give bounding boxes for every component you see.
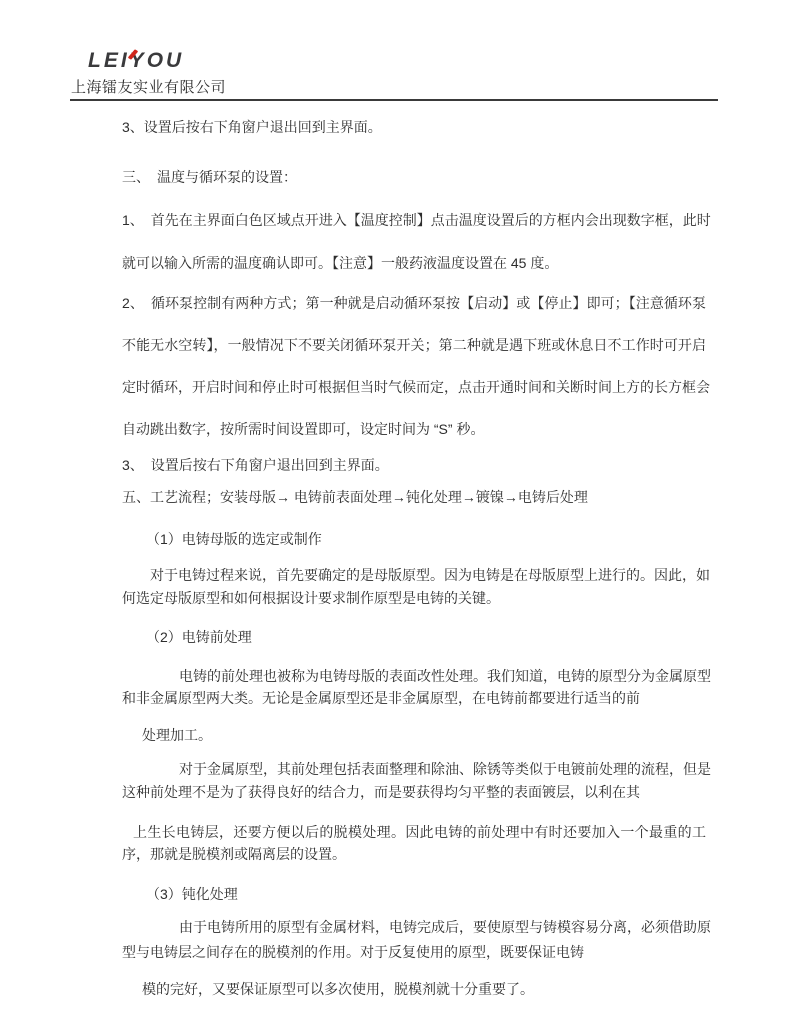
doc-line-20: 上生长电铸层，还要方便以后的脱模处理。因此电铸的前处理中有时还要加入一个最重的工 <box>133 824 706 841</box>
doc-line-3: 1、 首先在主界面白色区域点开进入【温度控制】点击温度设置后的方框内会出现数字框… <box>122 212 706 229</box>
doc-line-4: 就可以输入所需的温度确认即可。【注意】一般药液温度设置在 45 度。 <box>122 255 558 272</box>
logo-text-lei: LEI <box>88 49 130 72</box>
doc-line-6: 不能无水空转】，一般情况下不要关闭循环泵开关；第二种就是遇下班或休息日不工作时可… <box>122 337 706 354</box>
company-logo: LEIYOU <box>88 50 184 71</box>
doc-line-10: 五、工艺流程；安装母版→ 电铸前表面处理→钝化处理→镀镍→电铸后处理 <box>122 489 588 506</box>
doc-line-5: 2、 循环泵控制有两种方式；第一种就是启动循环泵按【启动】或【停止】即可；【注意… <box>122 295 706 312</box>
doc-line-13: 何选定母版原型和如何根据设计要求制作原型是电铸的关键。 <box>122 590 500 607</box>
header-divider <box>70 99 718 101</box>
doc-line-7: 定时循环，开启时间和停止时可根据但当时气候而定，点击开通时间和关断时间上方的长方… <box>122 379 706 396</box>
doc-line-24: 型与电铸层之间存在的脱模剂的作用。对于反复使用的原型，既要保证电铸 <box>122 944 584 961</box>
doc-line-25: 模的完好，又要保证原型可以多次使用，脱模剂就十分重要了。 <box>142 981 534 998</box>
doc-line-11: （1）电铸母版的选定或制作 <box>146 531 322 548</box>
logo-letter-y: Y <box>130 50 147 71</box>
doc-line-21: 序，那就是脱模剂或隔离层的设置。 <box>122 846 346 863</box>
doc-line-17: 处理加工。 <box>142 727 212 744</box>
doc-line-12: 对于电铸过程来说，首先要确定的是母版原型。因为电铸是在母版原型上进行的。因此，如 <box>150 567 706 584</box>
doc-line-18: 对于金属原型，其前处理包括表面整理和除油、除锈等类似于电镀前处理的流程，但是 <box>179 761 706 778</box>
doc-line-8: 自动跳出数字，按所需时间设置即可，设定时间为 “S” 秒。 <box>122 421 484 438</box>
company-name: 上海镭友实业有限公司 <box>71 79 226 97</box>
document-page: LEIYOU 上海镭友实业有限公司 3、设置后按右下角窗户退出回到主界面。 三、… <box>0 0 790 1016</box>
doc-line-9: 3、 设置后按右下角窗户退出回到主界面。 <box>122 457 389 474</box>
doc-line-16: 和非金属原型两大类。无论是金属原型还是非金属原型，在电铸前都要进行适当的前 <box>122 690 640 707</box>
doc-line-19: 这种前处理不是为了获得良好的结合力，而是要获得均匀平整的表面镀层，以利在其 <box>122 784 640 801</box>
doc-line-2: 三、 温度与循环泵的设置： <box>122 169 297 186</box>
doc-line-14: （2）电铸前处理 <box>146 629 252 646</box>
doc-line-22: （3）钝化处理 <box>146 886 238 903</box>
logo-text-ou: OU <box>147 49 185 72</box>
doc-line-15: 电铸的前处理也被称为电铸母版的表面改性处理。我们知道，电铸的原型分为金属原型 <box>179 668 706 685</box>
doc-line-23: 由于电铸所用的原型有金属材料，电铸完成后，要使原型与铸模容易分离，必须借助原 <box>179 919 706 936</box>
doc-line-1: 3、设置后按右下角窗户退出回到主界面。 <box>122 119 382 136</box>
